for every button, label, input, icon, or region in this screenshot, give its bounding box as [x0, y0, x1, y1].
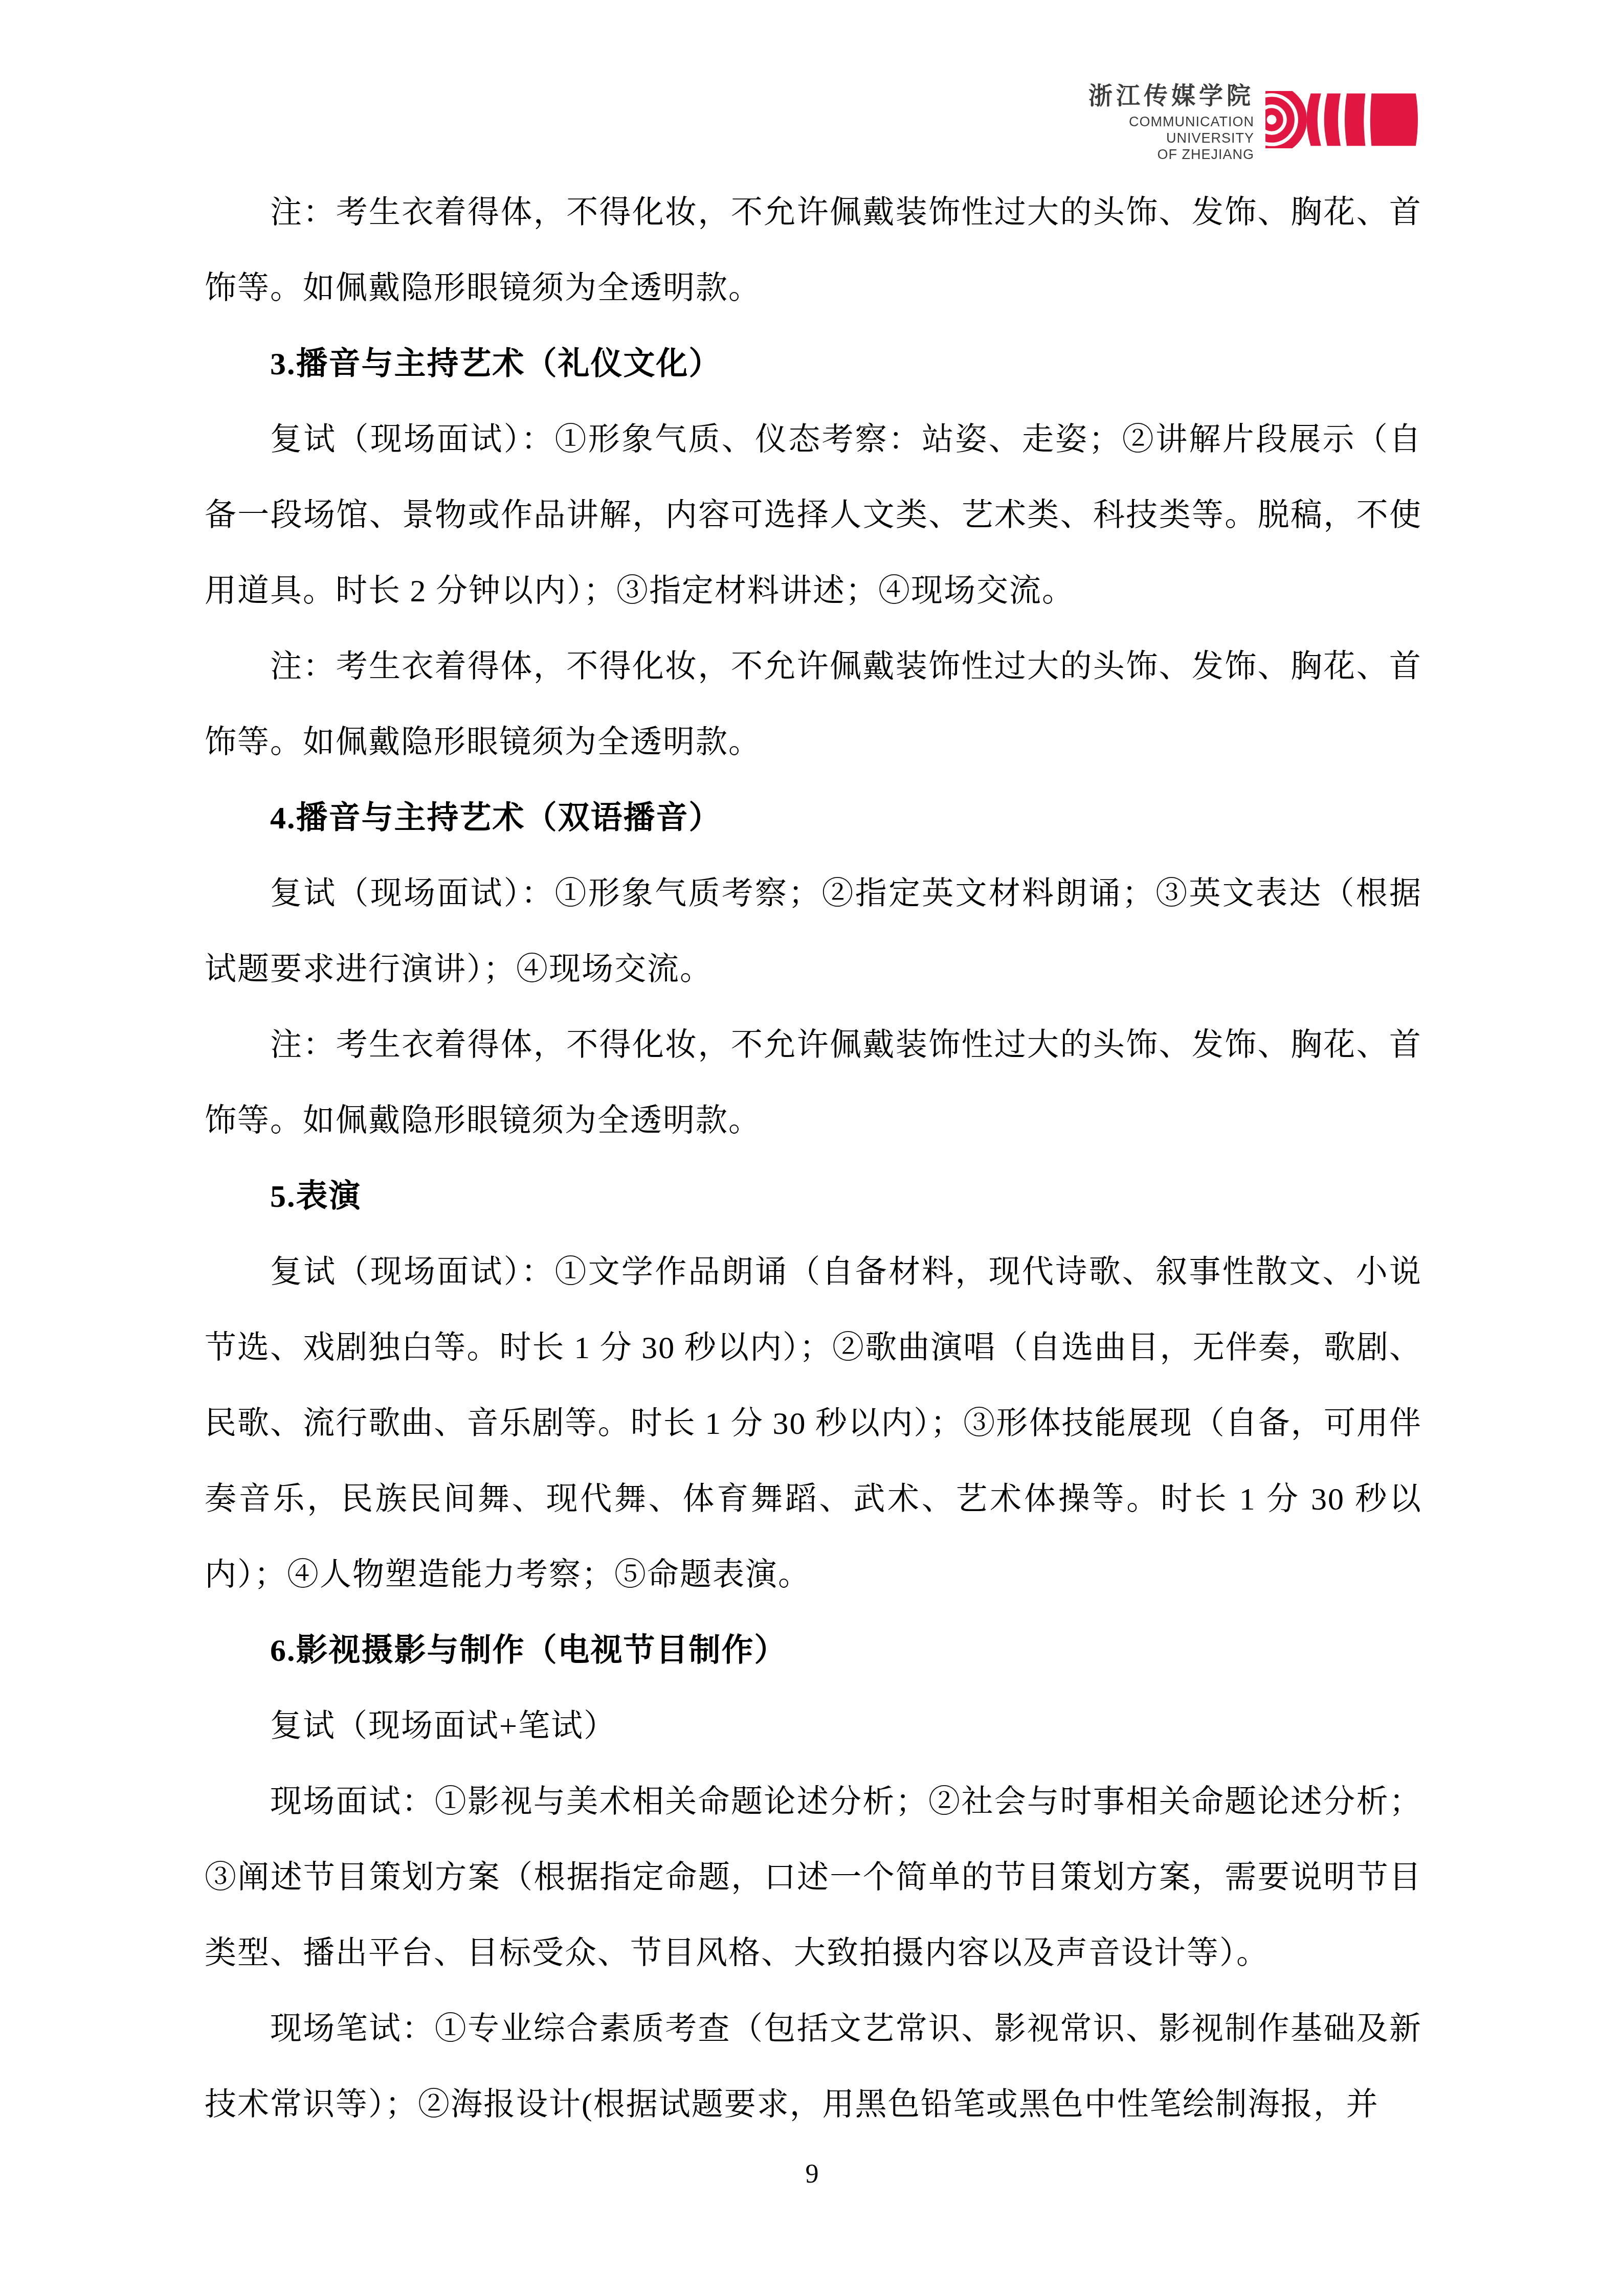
body-paragraph: 现场面试：①影视与美术相关命题论述分析；②社会与时事相关命题论述分析；③阐述节目… [205, 1764, 1422, 1991]
document-page: 浙江传媒学院 COMMUNICATION UNIVERSITY OF ZHEJI… [0, 0, 1624, 2296]
university-name-english: COMMUNICATION UNIVERSITY OF ZHEJIANG [1088, 114, 1254, 163]
university-name-english-line: COMMUNICATION [1088, 114, 1254, 130]
note-paragraph: 注：考生衣着得体，不得化妆，不允许佩戴装饰性过大的头饰、发饰、胸花、首饰等。如佩… [205, 629, 1422, 780]
section-heading: 6.影视摄影与制作（电视节目制作） [205, 1613, 1422, 1689]
body-paragraph: 复试（现场面试+笔试） [205, 1689, 1422, 1764]
university-name-english-line: OF ZHEJIANG [1088, 147, 1254, 163]
section-heading: 4.播音与主持艺术（双语播音） [205, 780, 1422, 856]
note-paragraph: 注：考生衣着得体，不得化妆，不允许佩戴装饰性过大的头饰、发饰、胸花、首饰等。如佩… [205, 175, 1422, 326]
page-number: 9 [0, 2159, 1624, 2190]
body-paragraph: 复试（现场面试）：①文学作品朗诵（自备材料，现代诗歌、叙事性散文、小说节选、戏剧… [205, 1234, 1422, 1613]
university-logo-text: 浙江传媒学院 COMMUNICATION UNIVERSITY OF ZHEJI… [1088, 77, 1254, 163]
note-paragraph: 注：考生衣着得体，不得化妆，不允许佩戴装饰性过大的头饰、发饰、胸花、首饰等。如佩… [205, 1007, 1422, 1159]
university-name-english-line: UNIVERSITY [1088, 130, 1254, 147]
university-logo: 浙江传媒学院 COMMUNICATION UNIVERSITY OF ZHEJI… [1088, 77, 1420, 163]
document-body: 注：考生衣着得体，不得化妆，不允许佩戴装饰性过大的头饰、发饰、胸花、首饰等。如佩… [205, 175, 1422, 2143]
section-heading: 3.播音与主持艺术（礼仪文化） [205, 326, 1422, 402]
body-paragraph: 现场笔试：①专业综合素质考查（包括文艺常识、影视常识、影视制作基础及新技术常识等… [205, 1991, 1422, 2143]
soundwave-logo-icon [1265, 91, 1420, 148]
body-paragraph: 复试（现场面试）：①形象气质、仪态考察：站姿、走姿；②讲解片段展示（自备一段场馆… [205, 402, 1422, 629]
body-paragraph: 复试（现场面试）：①形象气质考察；②指定英文材料朗诵；③英文表达（根据试题要求进… [205, 856, 1422, 1007]
section-heading: 5.表演 [205, 1159, 1422, 1234]
university-name-chinese: 浙江传媒学院 [1088, 77, 1254, 111]
